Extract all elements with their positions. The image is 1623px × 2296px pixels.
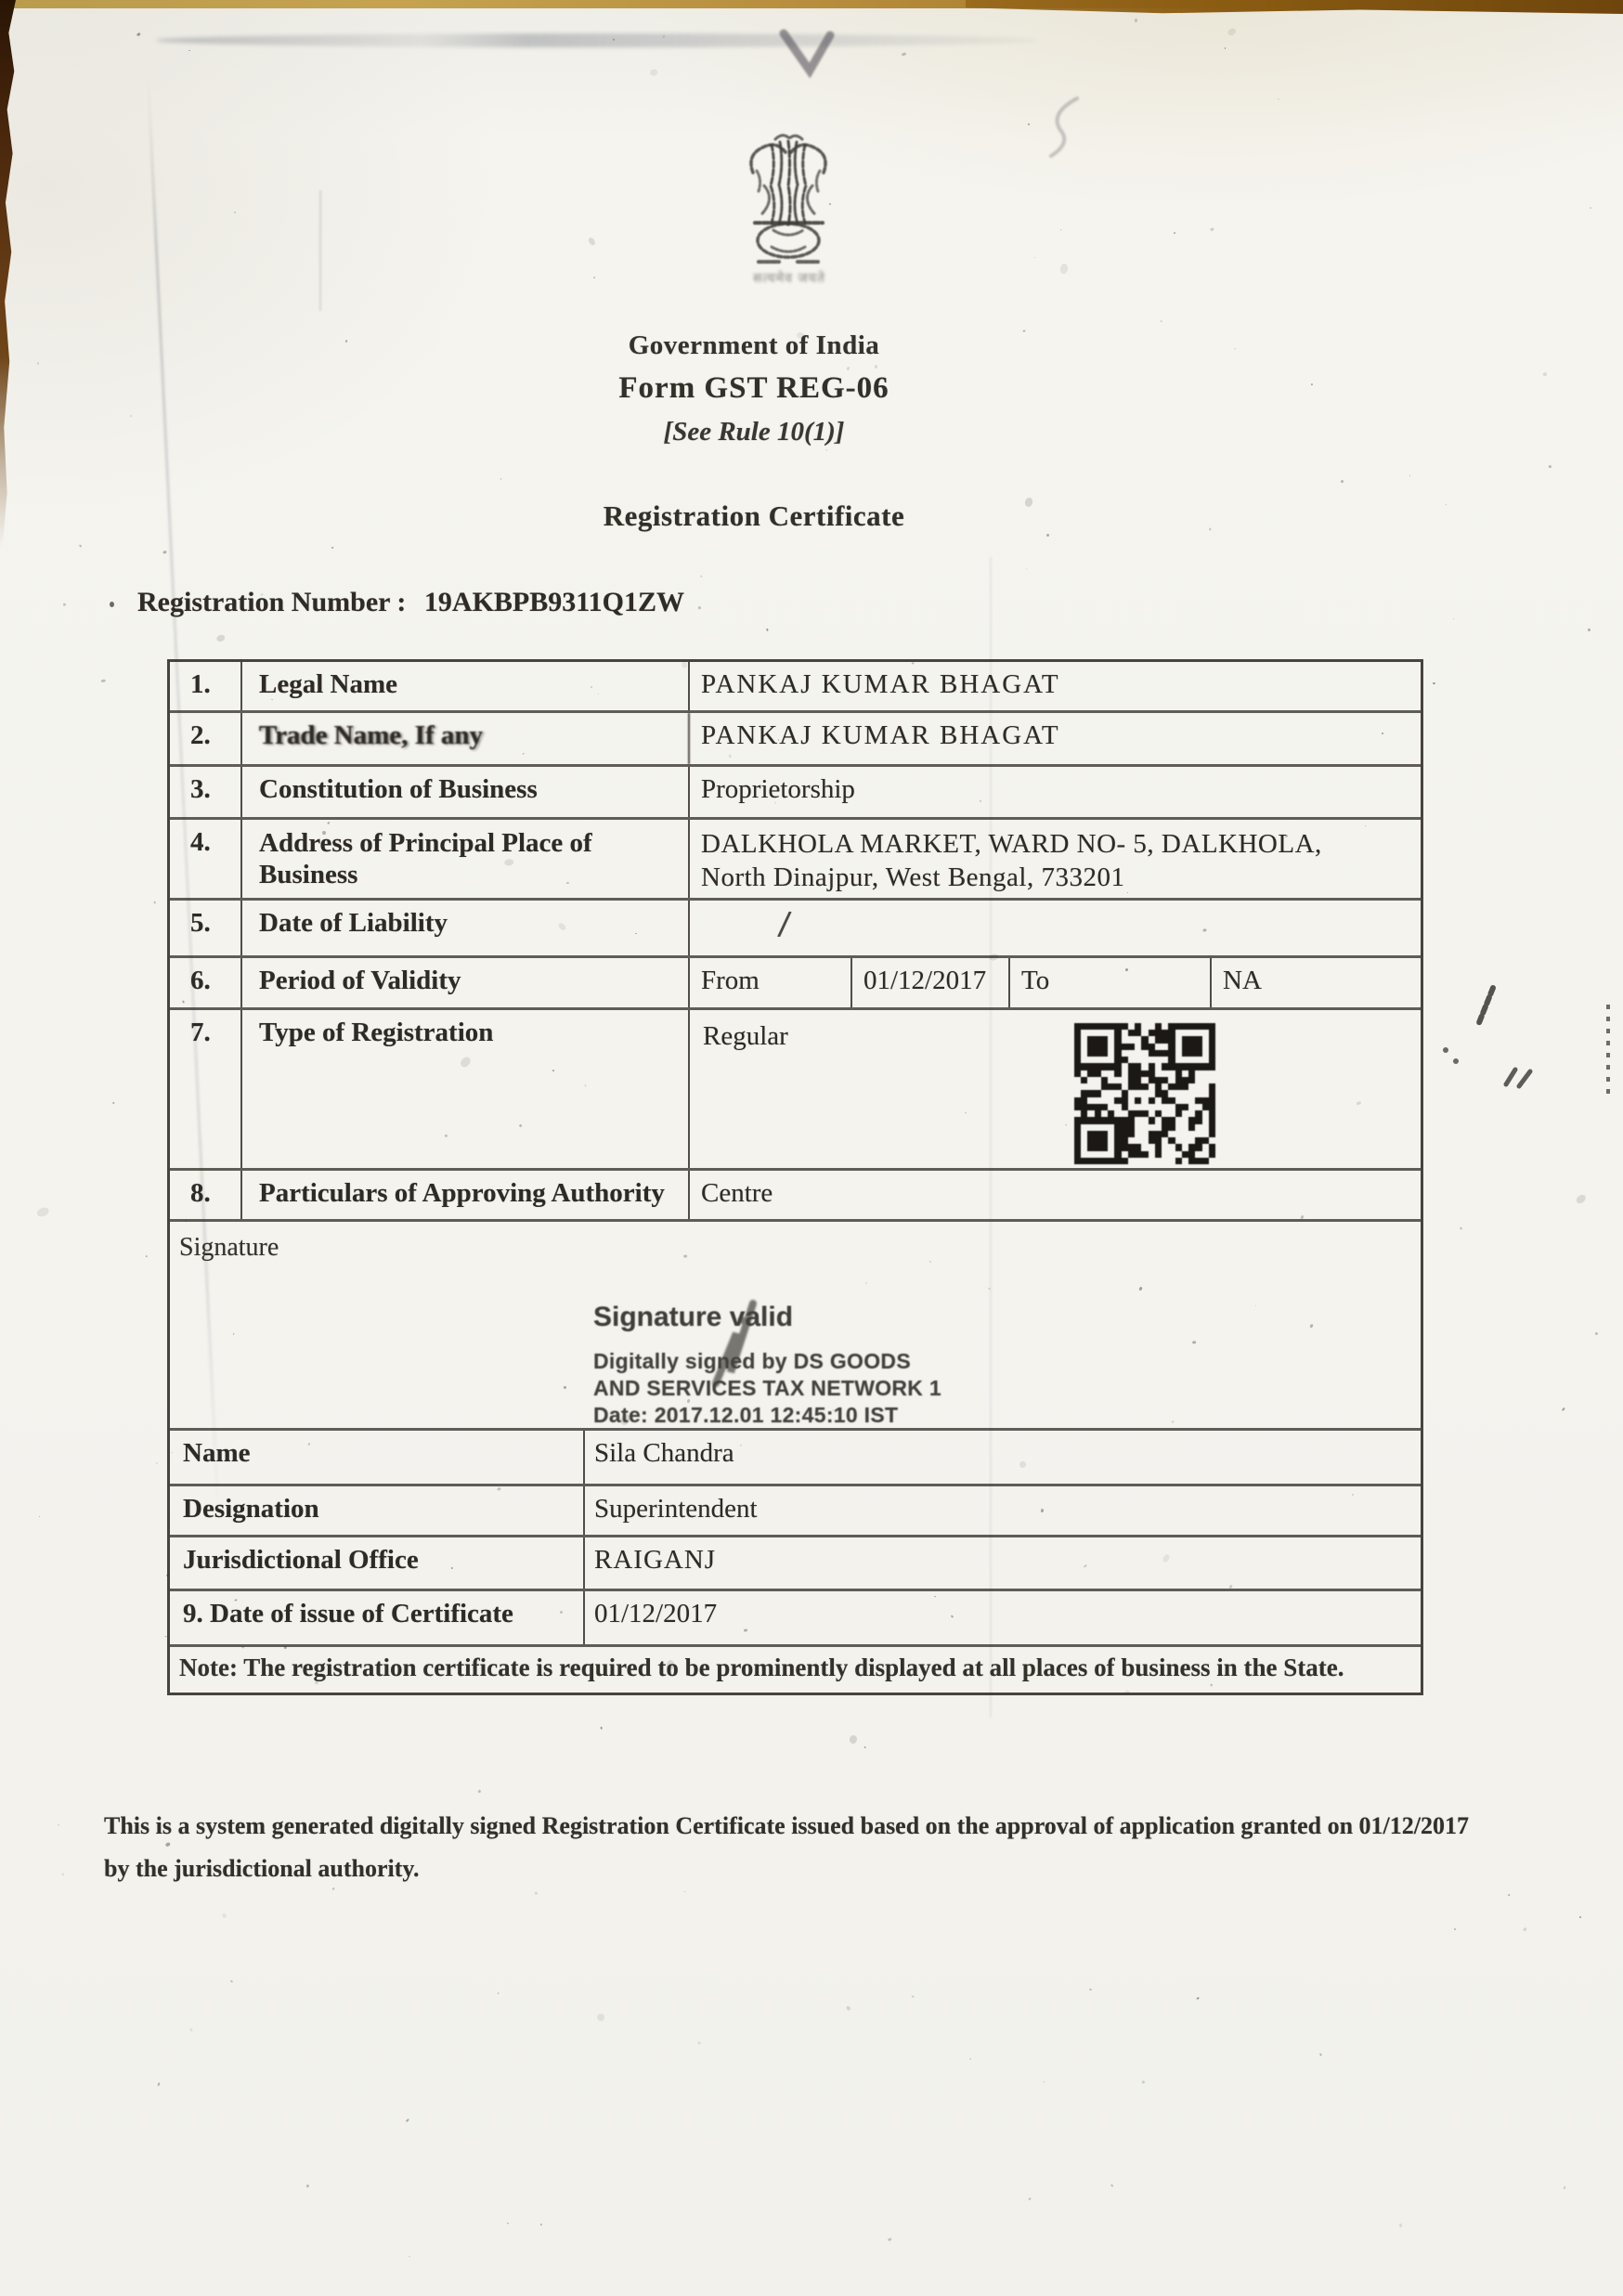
row-label: Address of Principal Place of Business [242,820,690,898]
row-value: Regular [690,1010,1421,1168]
row-label: Constitution of Business [242,767,690,817]
footer-statement: This is a system generated digitally sig… [104,1805,1469,1890]
row-label: 9. Date of issue of Certificate [170,1591,585,1644]
table-row-constitution: 3. Constitution of Business Proprietorsh… [170,764,1421,817]
row-number: 1. [170,662,242,710]
form-title: Form GST REG-06 [618,371,889,406]
row-number: 2. [170,713,242,764]
emblem-caption: सत्यमेव जयते [715,269,863,287]
margin-scribble-mark [1502,1064,1545,1092]
table-row-note: Note: The registration certificate is re… [170,1644,1421,1693]
table-row-period-of-validity: 6. Period of Validity From 01/12/2017 To… [170,955,1421,1007]
note-text: Note: The registration certificate is re… [170,1647,1421,1693]
table-row-legal-name: 1. Legal Name PANKAJ KUMAR BHAGAT [170,662,1421,710]
row-value: / [690,901,1421,955]
row-label: Period of Validity [242,958,690,1007]
footer-line: by the jurisdictional authority. [104,1848,1469,1890]
table-row-address: 4. Address of Principal Place of Busines… [170,817,1421,898]
registration-number-value: 19AKBPB9311Q1ZW [424,587,684,617]
ink-smudge-mark [782,28,841,80]
row-number: 5. [170,901,242,955]
row-label: Type of Registration [242,1010,690,1168]
stray-dot [110,602,114,607]
scan-top-edge-right [966,0,1623,14]
table-row-jurisdictional-office: Jurisdictional Office RAIGANJ [170,1535,1421,1589]
table-row-trade-name: 2. Trade Name, If any PANKAJ KUMAR BHAGA… [170,710,1421,764]
registration-type-value: Regular [703,1021,788,1052]
validity-to-value: NA [1210,958,1421,1007]
signature-date-line: Date: 2017.12.01 12:45:10 IST [593,1402,941,1429]
pen-scribble-mark [1040,95,1096,160]
handwritten-slash-mark: / [777,902,793,948]
certificate-title: Registration Certificate [604,499,904,533]
row-label: Particulars of Approving Authority [242,1171,690,1219]
row-number: 7. [170,1010,242,1168]
row-value: Centre [690,1171,1421,1219]
table-row-type-of-registration: 7. Type of Registration Regular [170,1007,1421,1168]
table-row-approving-authority: 8. Particulars of Approving Authority Ce… [170,1168,1421,1219]
signature-check-icon [708,1298,773,1391]
scan-smudge [156,33,1038,47]
scan-streak-small [319,190,321,311]
row-label: Designation [170,1486,585,1535]
table-row-designation: Designation Superintendent [170,1484,1421,1535]
footer-line: This is a system generated digitally sig… [104,1805,1469,1848]
scanned-certificate-page: सत्यमेव जयते Government of India Form GS… [0,0,1623,2296]
row-value: PANKAJ KUMAR BHAGAT [690,662,1421,710]
signature-label: Signature [179,1233,279,1263]
table-row-issue-date: 9. Date of issue of Certificate 01/12/20… [170,1589,1421,1644]
signature-cell: Signature Signature valid Digitally sign… [170,1219,1421,1428]
row-value: DALKHOLA MARKET, WARD NO- 5, DALKHOLA, N… [690,820,1421,898]
registration-number-label: Registration Number : [137,587,406,617]
row-number: 8. [170,1171,242,1219]
ashoka-emblem-icon [736,130,840,269]
rule-reference: [See Rule 10(1)] [664,417,845,448]
row-value: From 01/12/2017 To NA [690,958,1421,1007]
row-number: 6. [170,958,242,1007]
row-label: Jurisdictional Office [170,1537,585,1589]
row-value: RAIGANJ [585,1537,1421,1589]
validity-from-value: 01/12/2017 [850,958,1008,1007]
row-value: 01/12/2017 [585,1591,1421,1644]
table-row-date-of-liability: 5. Date of Liability / [170,898,1421,955]
row-number: 3. [170,767,242,817]
row-label: Trade Name, If any [242,713,690,764]
registration-number-line: Registration Number : 19AKBPB9311Q1ZW [137,587,684,618]
row-number: 4. [170,820,242,898]
table-row-officer-name: Name Sila Chandra [170,1428,1421,1484]
government-title: Government of India [629,331,880,361]
row-label: Name [170,1431,585,1484]
validity-to-label: To [1008,958,1210,1007]
edge-dotted-mark [1606,1005,1610,1094]
validity-from-label: From [690,958,850,1007]
certificate-table: 1. Legal Name PANKAJ KUMAR BHAGAT 2. Tra… [167,659,1423,1695]
row-value: Sila Chandra [585,1431,1421,1484]
row-value: Proprietorship [690,767,1421,817]
row-value: Superintendent [585,1486,1421,1535]
qr-code [1074,1023,1215,1164]
row-label: Date of Liability [242,901,690,955]
margin-dots-mark [1441,1045,1463,1068]
scan-left-edge [0,0,16,548]
row-value: PANKAJ KUMAR BHAGAT [690,713,1421,764]
row-label: Legal Name [242,662,690,710]
margin-slash-mark [1473,986,1500,1029]
